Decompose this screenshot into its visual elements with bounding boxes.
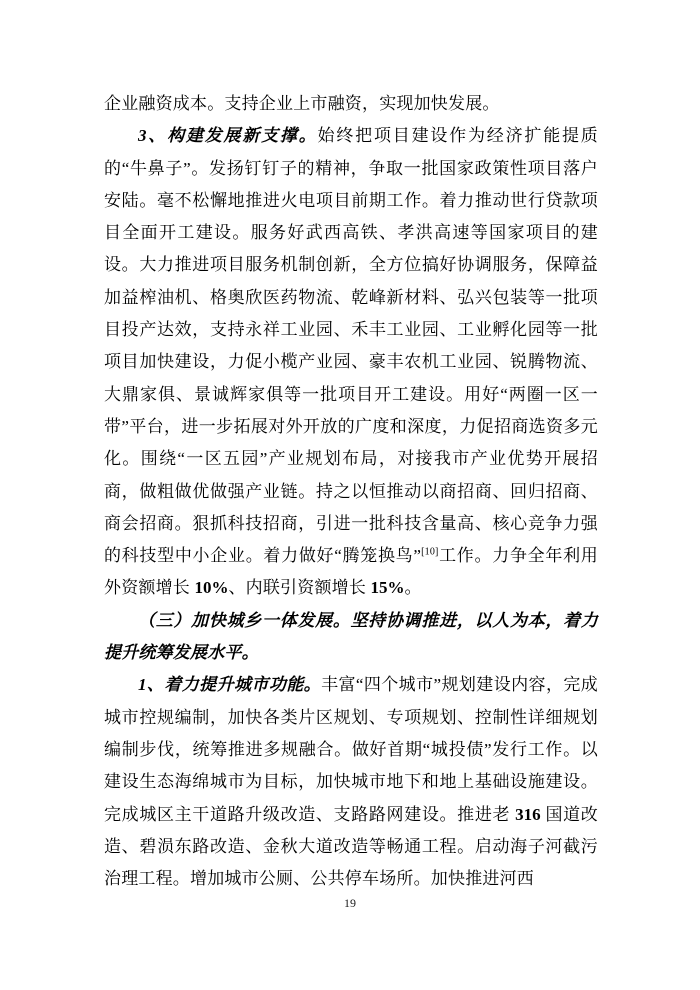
body-text: 。 [405, 578, 422, 597]
body-text: 企业融资成本。支持企业上市融资，实现加快发展。 [104, 94, 500, 113]
section-heading: （三）加快城乡一体发展。坚持协调推进，以人为本，着力提升统筹发展水平。 [104, 611, 598, 662]
page-number: 19 [0, 896, 700, 911]
paragraph: （三）加快城乡一体发展。坚持协调推进，以人为本，着力提升统筹发展水平。 [104, 605, 598, 670]
section-lead: 1、着力提升城市功能。 [138, 675, 321, 694]
paragraph: 企业融资成本。支持企业上市融资，实现加快发展。 [104, 88, 598, 120]
document-body: 企业融资成本。支持企业上市融资，实现加快发展。3、构建发展新支撑。始终把项目建设… [104, 88, 598, 895]
document-page: 企业融资成本。支持企业上市融资，实现加快发展。3、构建发展新支撑。始终把项目建设… [0, 0, 700, 990]
paragraph: 3、构建发展新支撑。始终把项目建设作为经济扩能提质的“牛鼻子”。发扬钉钉子的精神… [104, 120, 598, 604]
section-lead: 3、构建发展新支撑。 [138, 126, 318, 145]
numeric-value: 15% [371, 578, 405, 597]
paragraph: 1、着力提升城市功能。丰富“四个城市”规划建设内容，完成城市控规编制，加快各类片… [104, 669, 598, 895]
numeric-value: 316 [515, 805, 541, 824]
footnote-ref: [10] [421, 547, 438, 558]
body-text: 、内联引资额增长 [228, 578, 370, 597]
numeric-value: 10% [194, 578, 228, 597]
body-text: 始终把项目建设作为经济扩能提质的“牛鼻子”。发扬钉钉子的精神，争取一批国家政策性… [104, 126, 598, 565]
body-text: 丰富“四个城市”规划建设内容，完成城市控规编制，加快各类片区规划、专项规划、控制… [104, 675, 598, 823]
